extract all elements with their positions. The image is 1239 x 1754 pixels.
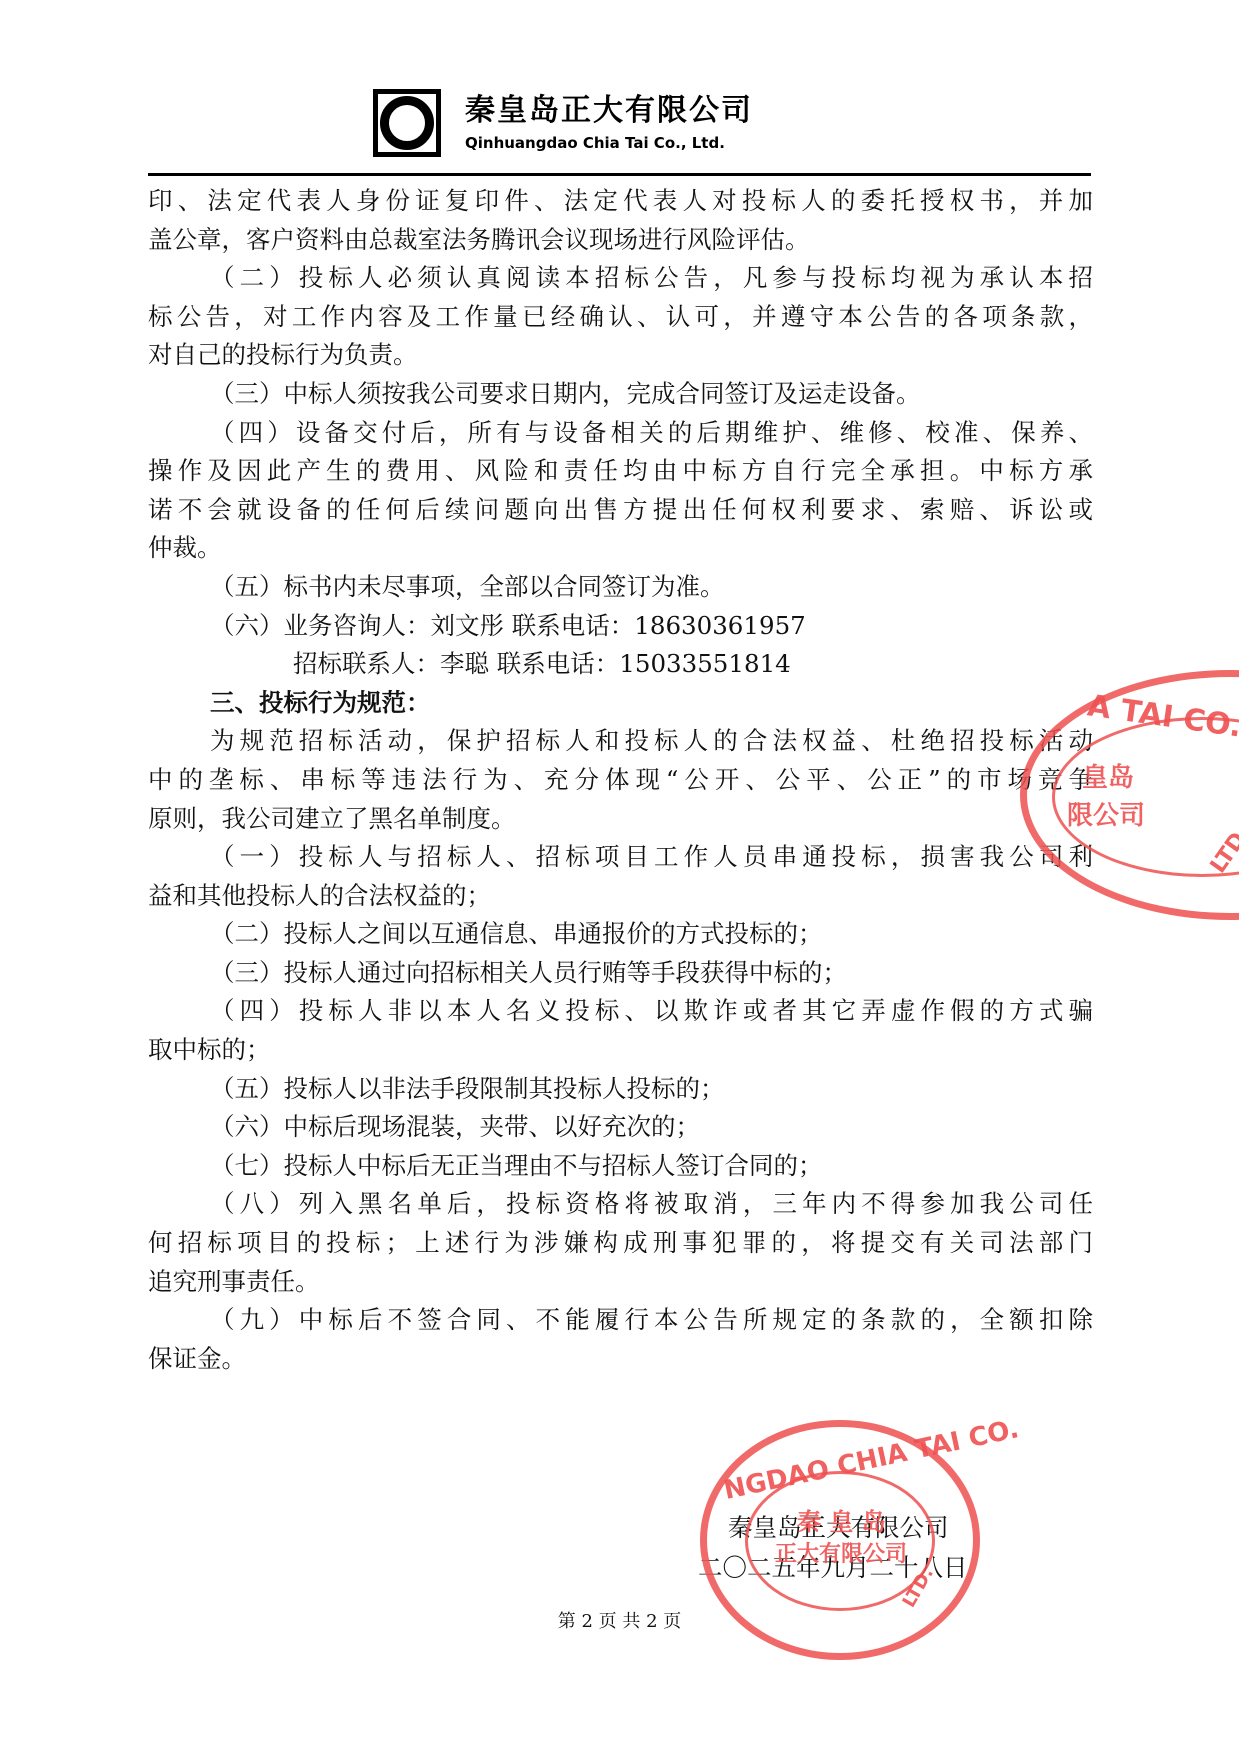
body-line: 对自己的投标行为负责。 (148, 336, 1093, 375)
body-line: 原则，我公司建立了黑名单制度。 (148, 800, 1093, 839)
signature-company: 秦皇岛正大有限公司 (728, 1509, 949, 1544)
document-body: 印、法定代表人身份证复印件、法定代表人对投标人的委托授权书，并加盖公章，客户资料… (148, 182, 1093, 1378)
signature-date: 二〇二五年九月二十八日 (698, 1549, 968, 1584)
body-line: 盖公章，客户资料由总裁室法务腾讯会议现场进行风险评估。 (148, 221, 1093, 260)
body-line: 追究刑事责任。 (148, 1263, 1093, 1302)
body-line: 印、法定代表人身份证复印件、法定代表人对投标人的委托授权书，并加 (148, 182, 1093, 221)
body-line: （四）设备交付后，所有与设备相关的后期维护、维修、校准、保养、 (148, 414, 1093, 453)
body-line: （五）投标人以非法手段限制其投标人投标的； (148, 1070, 1093, 1109)
body-line: 操作及因此产生的费用、风险和责任均由中标方自行完全承担。中标方承 (148, 452, 1093, 491)
body-line: 诺不会就设备的任何后续问题向出售方提出任何权利要求、索赔、诉讼或 (148, 491, 1093, 530)
body-line: （二）投标人之间以互通信息、串通报价的方式投标的； (148, 915, 1093, 954)
body-line: （四）投标人非以本人名义投标、以欺诈或者其它弄虚作假的方式骗 (148, 992, 1093, 1031)
body-line: （三）中标人须按我公司要求日期内，完成合同签订及运走设备。 (148, 375, 1093, 414)
body-line: 标公告，对工作内容及工作量已经确认、认可，并遵守本公告的各项条款， (148, 298, 1093, 337)
body-line: （二）投标人必须认真阅读本招标公告，凡参与投标均视为承认本招 (148, 259, 1093, 298)
body-line: （六）中标后现场混装，夹带、以好充次的； (148, 1108, 1093, 1147)
letterhead: 秦皇岛正大有限公司 Qinhuangdao Chia Tai Co., Ltd. (373, 88, 753, 158)
company-logo-icon (373, 89, 441, 157)
seal-ltd-text: LTD. (1206, 821, 1239, 878)
body-line: （九）中标后不签合同、不能履行本公告所规定的条款的，全额扣除 (148, 1301, 1093, 1340)
seal-outer-text: A TAI CO. (1085, 688, 1239, 744)
body-line: （五）标书内未尽事项，全部以合同签订为准。 (148, 568, 1093, 607)
company-name-en: Qinhuangdao Chia Tai Co., Ltd. (465, 132, 753, 154)
body-line: 何招标项目的投标；上述行为涉嫌构成刑事犯罪的，将提交有关司法部门 (148, 1224, 1093, 1263)
header-divider (148, 173, 1091, 176)
logo-ring (380, 96, 434, 150)
body-line: 益和其他投标人的合法权益的； (148, 877, 1093, 916)
body-line: 保证金。 (148, 1340, 1093, 1379)
letterhead-text: 秦皇岛正大有限公司 Qinhuangdao Chia Tai Co., Ltd. (465, 92, 753, 154)
body-line: 为规范招标活动，保护招标人和投标人的合法权益、杜绝招投标活动 (148, 722, 1093, 761)
body-line: （一）投标人与招标人、招标项目工作人员串通投标，损害我公司利 (148, 838, 1093, 877)
body-line: （六）业务咨询人：刘文彤 联系电话：18630361957 (148, 607, 1093, 646)
body-line: 仲裁。 (148, 529, 1093, 568)
body-line: （七）投标人中标后无正当理由不与招标人签订合同的； (148, 1147, 1093, 1186)
body-line: 取中标的； (148, 1031, 1093, 1070)
company-name-cn: 秦皇岛正大有限公司 (465, 92, 753, 130)
body-line: 中的垄标、串标等违法行为、充分体现“公开、公平、公正”的市场竞争 (148, 761, 1093, 800)
body-line: （八）列入黑名单后，投标资格将被取消，三年内不得参加我公司任 (148, 1185, 1093, 1224)
body-line: （三）投标人通过向招标相关人员行贿等手段获得中标的； (148, 954, 1093, 993)
page-footer: 第 2 页 共 2 页 (0, 1607, 1239, 1633)
section-heading: 三、投标行为规范： (148, 684, 1093, 723)
seal-outer-text: NGDAO CHIA TAI CO. (721, 1414, 1021, 1506)
body-line: 招标联系人：李聪 联系电话：15033551814 (148, 645, 1093, 684)
